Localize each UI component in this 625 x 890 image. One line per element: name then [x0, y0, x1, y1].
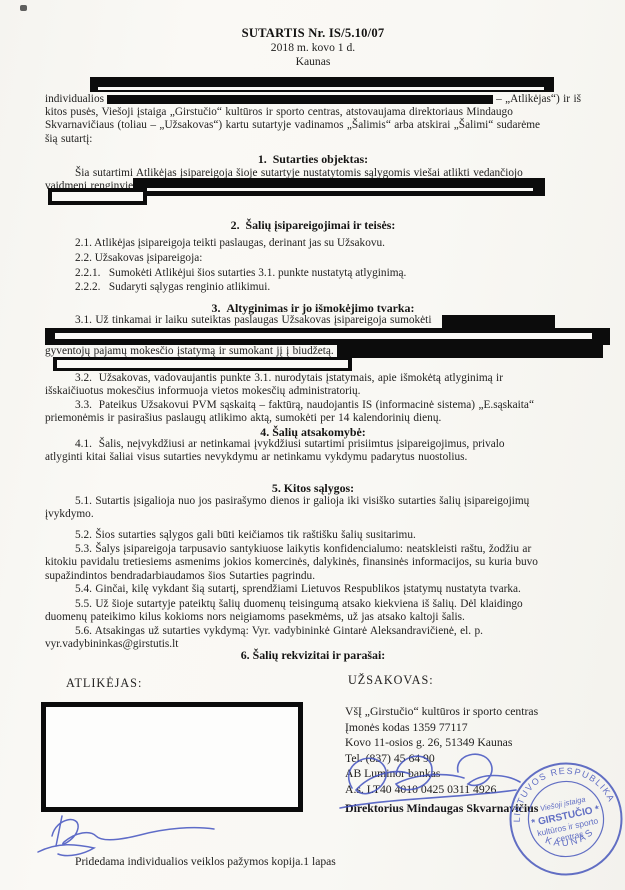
- performer-signature-ink: [28, 806, 228, 858]
- redaction-amount: [442, 315, 555, 328]
- intro-text-prefix: individualios: [45, 93, 104, 106]
- redaction-performer-details-box: [41, 702, 303, 812]
- contract-document-page: SUTARTIS Nr. IS/5.10/07 2018 m. kovo 1 d…: [0, 0, 625, 890]
- company-stamp: LIETUVOS RESPUBLIKA KAUNAS Viešoji įstai…: [496, 749, 625, 889]
- redaction-stripe: [52, 192, 143, 201]
- redaction-inline-name: [107, 95, 493, 104]
- redaction-stripe: [143, 188, 533, 191]
- intro-paragraph: kitos pusės, Viešoji įstaiga „Girstučio“…: [45, 106, 581, 146]
- document-title: SUTARTIS Nr. IS/5.10/07: [45, 26, 581, 41]
- redaction-stripe: [98, 87, 544, 90]
- intro-text-suffix: – „Atlikėjas“) ir iš: [496, 93, 581, 106]
- redaction-tax-info-2: [53, 357, 352, 371]
- document-city: Kaunas: [45, 55, 581, 70]
- clause-5-4: 5.4. Ginčai, kilę vykdant šią sutartį, s…: [45, 583, 581, 596]
- clause-5-3: 5.3. Šalys įsipareigoja tarpusavio santy…: [45, 543, 585, 583]
- document-date: 2018 m. kovo 1 d.: [45, 41, 581, 56]
- customer-label: UŽSAKOVAS:: [348, 673, 434, 688]
- redaction-stripe: [57, 360, 348, 368]
- clause-5-1: 5.1. Sutartis įsigalioja nuo jos pasiraš…: [45, 495, 581, 522]
- redaction-event-name: [133, 178, 545, 196]
- section-2-heading: 2. Šalių įsipareigojimai ir teisės:: [45, 218, 581, 233]
- redaction-event-name-2: [48, 188, 147, 205]
- performer-label: ATLIKĖJAS:: [66, 676, 142, 691]
- intro-line: individualios – „Atlikėjas“) ir iš: [45, 93, 581, 106]
- section-6-heading: 6. Šalių rekvizitai ir parašai:: [45, 648, 581, 663]
- clause-5-5: 5.5. Už šioje sutartyje pateiktų šalių d…: [45, 598, 581, 625]
- redaction-bar-top: [90, 77, 554, 92]
- section-5-heading: 5. Kitos sąlygos:: [45, 481, 581, 496]
- clause-5-2: 5.2. Šios sutarties sąlygos gali būti ke…: [45, 529, 581, 542]
- redaction-tax-info: [337, 342, 603, 358]
- clause-3-2: 3.2. Užsakovas, vadovaujantis punkte 3.1…: [45, 372, 581, 399]
- attachment-note: Pridedama individualios veiklos pažymos …: [75, 855, 336, 868]
- section-2-items: 2.1. Atlikėjas įsipareigoja teikti pasla…: [75, 236, 585, 295]
- section-1-heading: 1. Sutarties objektas:: [45, 152, 581, 167]
- document-header: SUTARTIS Nr. IS/5.10/07 2018 m. kovo 1 d…: [45, 26, 581, 70]
- clause-3-3: 3.3. Pateikus Užsakovui PVM sąskaitą – f…: [45, 399, 581, 426]
- redaction-stripe: [55, 333, 592, 339]
- scan-speck: [20, 5, 27, 11]
- clause-4-1: 4.1. Šalis, neįvykdžiusi ar netinkamai į…: [45, 438, 581, 465]
